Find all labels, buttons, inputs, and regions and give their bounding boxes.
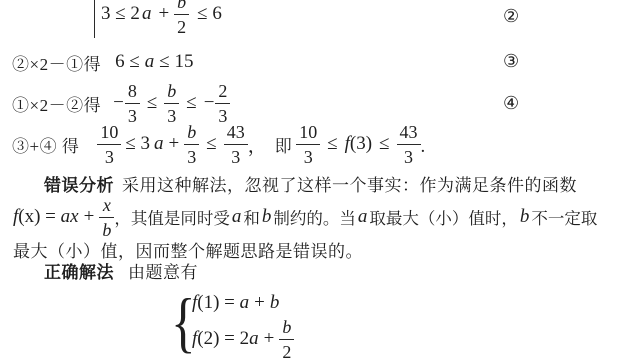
fraction-denominator: 3: [397, 144, 421, 166]
math-run: (3): [350, 133, 372, 155]
system-brace-fragment: [94, 0, 95, 38]
derivation-lead: ①×2－②得: [12, 91, 101, 116]
analysis-heading-line: 错误分析 采用这种解法，忽视了这样一个事实：作为满足条件的函数: [44, 171, 577, 193]
minus-sign: −: [204, 92, 215, 114]
analysis-text-2: 不一定取: [531, 205, 597, 229]
word-ji: 即: [275, 132, 293, 157]
fraction-2-over-3: 23: [215, 82, 230, 125]
plus-sign: +: [254, 292, 265, 314]
variable-ax: ax: [61, 206, 79, 228]
math-run: ≤ 15: [159, 51, 193, 73]
fraction-numerator: x: [99, 196, 114, 217]
analysis-text-1: 采用这种解法，忽视了这样一个事实：作为满足条件的函数: [122, 171, 577, 196]
solution-heading-line: 正确解法 由题意有: [44, 258, 198, 280]
leq-sign: ≤: [186, 92, 196, 114]
variable-a: a: [240, 292, 250, 314]
math-run: (1) =: [197, 292, 239, 314]
analysis-text-2: 和: [243, 205, 260, 229]
fraction-numerator: 43: [224, 123, 248, 144]
variable-b: b: [520, 206, 530, 228]
math-run: 6 ≤: [115, 51, 140, 73]
period: .: [421, 136, 426, 165]
variable-a: a: [249, 328, 259, 350]
fraction-b-over-2: b2: [174, 0, 189, 36]
system-equation-2: f(2) = 2a+ b2: [192, 316, 294, 360]
fraction-10-over-3: 103: [296, 123, 320, 166]
fraction-denominator: 2: [174, 14, 189, 36]
fraction-denominator: 3: [296, 144, 320, 166]
fraction-numerator: b: [164, 82, 179, 103]
fraction-43-over-3: 433: [224, 123, 248, 166]
solution-intro: 由题意有: [128, 258, 198, 283]
fraction-x-over-b: xb: [99, 196, 114, 239]
fraction-denominator: 3: [224, 144, 248, 166]
variable-b: b: [270, 292, 280, 314]
leq-sign: ≤: [327, 133, 337, 155]
fraction-numerator: 10: [97, 123, 121, 144]
variable-b: b: [262, 206, 272, 228]
fraction-b-over-3: b3: [164, 82, 179, 125]
equation-sum-result: ③+④ 得 103 ≤ 3a+ b3 ≤ 433 ， 即 103 ≤ f(3) …: [12, 123, 425, 165]
comma: ，: [248, 131, 267, 165]
math-run: ≤ 6: [197, 3, 222, 25]
system-equation-1: f(1) = a+b: [192, 291, 279, 315]
leq-sign: ≤: [379, 133, 389, 155]
fraction-numerator: 10: [296, 123, 320, 144]
fraction-numerator: b: [279, 318, 294, 339]
solution-label: 正确解法: [44, 258, 114, 283]
fraction-8-over-3: 83: [125, 82, 140, 125]
fraction-denominator: 3: [164, 103, 179, 125]
variable-a: a: [232, 206, 242, 228]
minus-sign: −: [113, 92, 124, 114]
fraction-denominator: 3: [125, 103, 140, 125]
math-run: (2) = 2: [197, 328, 249, 350]
math-run: (x) =: [18, 206, 60, 228]
fraction-43-over-3: 433: [397, 123, 421, 166]
variable-a: a: [358, 206, 368, 228]
variable-a: a: [142, 3, 152, 25]
equation-b-range: ①×2－②得 − 83 ≤ b3 ≤ − 23: [12, 82, 230, 124]
circled-tag-2: ②: [503, 5, 519, 27]
fraction-numerator: 2: [215, 82, 230, 103]
analysis-text-line-3: 最大（小）值，因而整个解题思路是错误的。: [13, 238, 363, 260]
analysis-math-line: f(x) = ax+ xb ，其值是同时受a和b制约的。当a取最大（小）值时，b…: [13, 196, 597, 238]
circled-tag-3: ③: [503, 50, 519, 72]
fraction-denominator: 3: [97, 144, 121, 166]
fraction-numerator: 8: [125, 82, 140, 103]
equation-top: 3 ≤ 2a+ b2 ≤ 6: [101, 0, 222, 44]
fraction-denominator: b: [99, 217, 114, 239]
derivation-lead: ③+④ 得: [12, 132, 79, 157]
leq-sign: ≤: [206, 133, 216, 155]
math-run: 3 ≤ 2: [101, 3, 140, 25]
analysis-text-2: 取最大（小）值时，: [369, 205, 518, 229]
plus-sign: +: [169, 133, 180, 155]
fraction-numerator: b: [184, 123, 199, 144]
plus-sign: +: [264, 328, 275, 350]
plus-sign: +: [84, 206, 95, 228]
fraction-numerator: 43: [397, 123, 421, 144]
math-document-page: 3 ≤ 2a+ b2 ≤ 6 ② ②×2－①得 6 ≤a≤ 15 ③ ①×2－②…: [0, 0, 640, 360]
analysis-label: 错误分析: [44, 171, 114, 196]
leq-sign: ≤: [147, 92, 157, 114]
fraction-10-over-3: 103: [97, 123, 121, 166]
math-run: ≤ 3: [125, 133, 150, 155]
plus-sign: +: [158, 3, 169, 25]
variable-a: a: [154, 133, 164, 155]
fraction-b-over-2: b2: [279, 318, 294, 360]
derivation-lead: ②×2－①得: [12, 50, 101, 75]
equation-a-range: ②×2－①得 6 ≤a≤ 15: [12, 48, 193, 76]
fraction-denominator: 3: [184, 144, 199, 166]
analysis-text-2: 制约的。当: [273, 205, 356, 229]
circled-tag-4: ④: [503, 92, 519, 114]
variable-a: a: [145, 51, 155, 73]
fraction-b-over-3: b3: [184, 123, 199, 166]
fraction-denominator: 2: [279, 339, 294, 360]
fraction-numerator: b: [174, 0, 189, 14]
analysis-text-2: ，其值是同时受: [114, 205, 230, 229]
